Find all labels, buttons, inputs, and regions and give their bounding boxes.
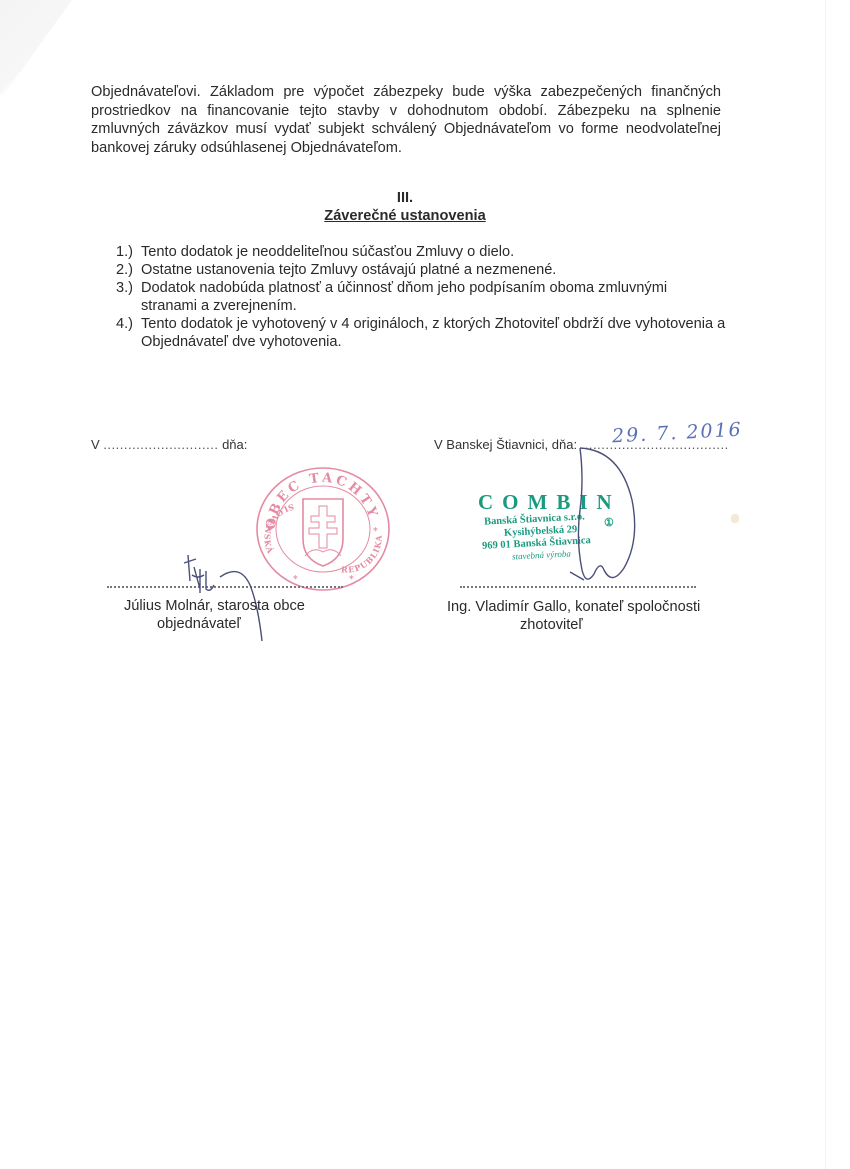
item-text: Dodatok nadobúda platnosť a účinnosť dňo…: [141, 280, 667, 314]
list-item: 3.)Dodatok nadobúda platnosť a účinnosť …: [116, 279, 726, 315]
left-place-date-line: V ............................ dňa:: [91, 437, 247, 452]
item-text: Tento dodatok je neoddeliteľnou súčasťou…: [141, 244, 514, 260]
item-number: 4.): [116, 315, 133, 333]
item-number: 2.): [116, 261, 133, 279]
continuation-paragraph: Objednávateľovi. Základom pre výpočet zá…: [91, 83, 721, 157]
scan-page-corner: [0, 0, 80, 110]
provisions-list: 1.)Tento dodatok je neoddeliteľnou súčas…: [116, 243, 726, 351]
list-item: 2.)Ostatne ustanovenia tejto Zmluvy ostá…: [116, 261, 726, 279]
list-item: 1.)Tento dodatok je neoddeliteľnou súčas…: [116, 243, 726, 261]
company-name: COMBIN: [478, 490, 621, 515]
section-number: III.: [0, 190, 810, 206]
section-title: Záverečné ustanovenia: [0, 208, 810, 224]
scan-edge: [825, 0, 826, 1169]
municipal-stamp: OBEC TACHTY SLOVENSKÁ REPUBLIKA * * * *: [253, 464, 393, 594]
company-mark-icon: ①: [604, 516, 614, 529]
item-text: Ostatne ustanovenia tejto Zmluvy ostávaj…: [141, 262, 556, 278]
item-number: 1.): [116, 243, 133, 261]
svg-text:*: *: [373, 527, 378, 537]
list-item: 4.)Tento dodatok je vyhotovený v 4 origi…: [116, 315, 726, 351]
place-label: V Banskej Štiavnici, dňa:: [434, 437, 577, 452]
company-line4: stavebná výroba: [512, 548, 571, 561]
company-stamp: COMBIN Banská Štiavnica s.r.o. Kysihýbel…: [476, 490, 626, 560]
left-signatory-name: Július Molnár, starosta obce: [124, 598, 305, 614]
svg-text:*: *: [293, 575, 298, 585]
svg-text:OBEC TACHTY: OBEC TACHTY: [264, 471, 381, 531]
place-prefix: V: [91, 437, 100, 452]
right-signatory-role: zhotoviteľ: [520, 617, 583, 633]
item-text: Tento dodatok je vyhotovený v 4 originál…: [141, 316, 725, 350]
svg-text:*: *: [267, 527, 272, 537]
left-signatory-role: objednávateľ: [157, 616, 241, 632]
date-label: dňa:: [222, 437, 247, 452]
place-blank: ............................: [103, 437, 218, 452]
stamp-top-text: OBEC TACHTY: [264, 471, 381, 531]
item-number: 3.): [116, 279, 133, 297]
right-signature-line: [460, 586, 696, 588]
svg-text:REPUBLIKA: REPUBLIKA: [341, 534, 384, 574]
scan-smudge: [731, 514, 739, 523]
left-signature-line: [107, 586, 343, 588]
svg-text:*: *: [349, 575, 354, 585]
right-signatory-name: Ing. Vladimír Gallo, konateľ spoločnosti: [447, 599, 700, 615]
